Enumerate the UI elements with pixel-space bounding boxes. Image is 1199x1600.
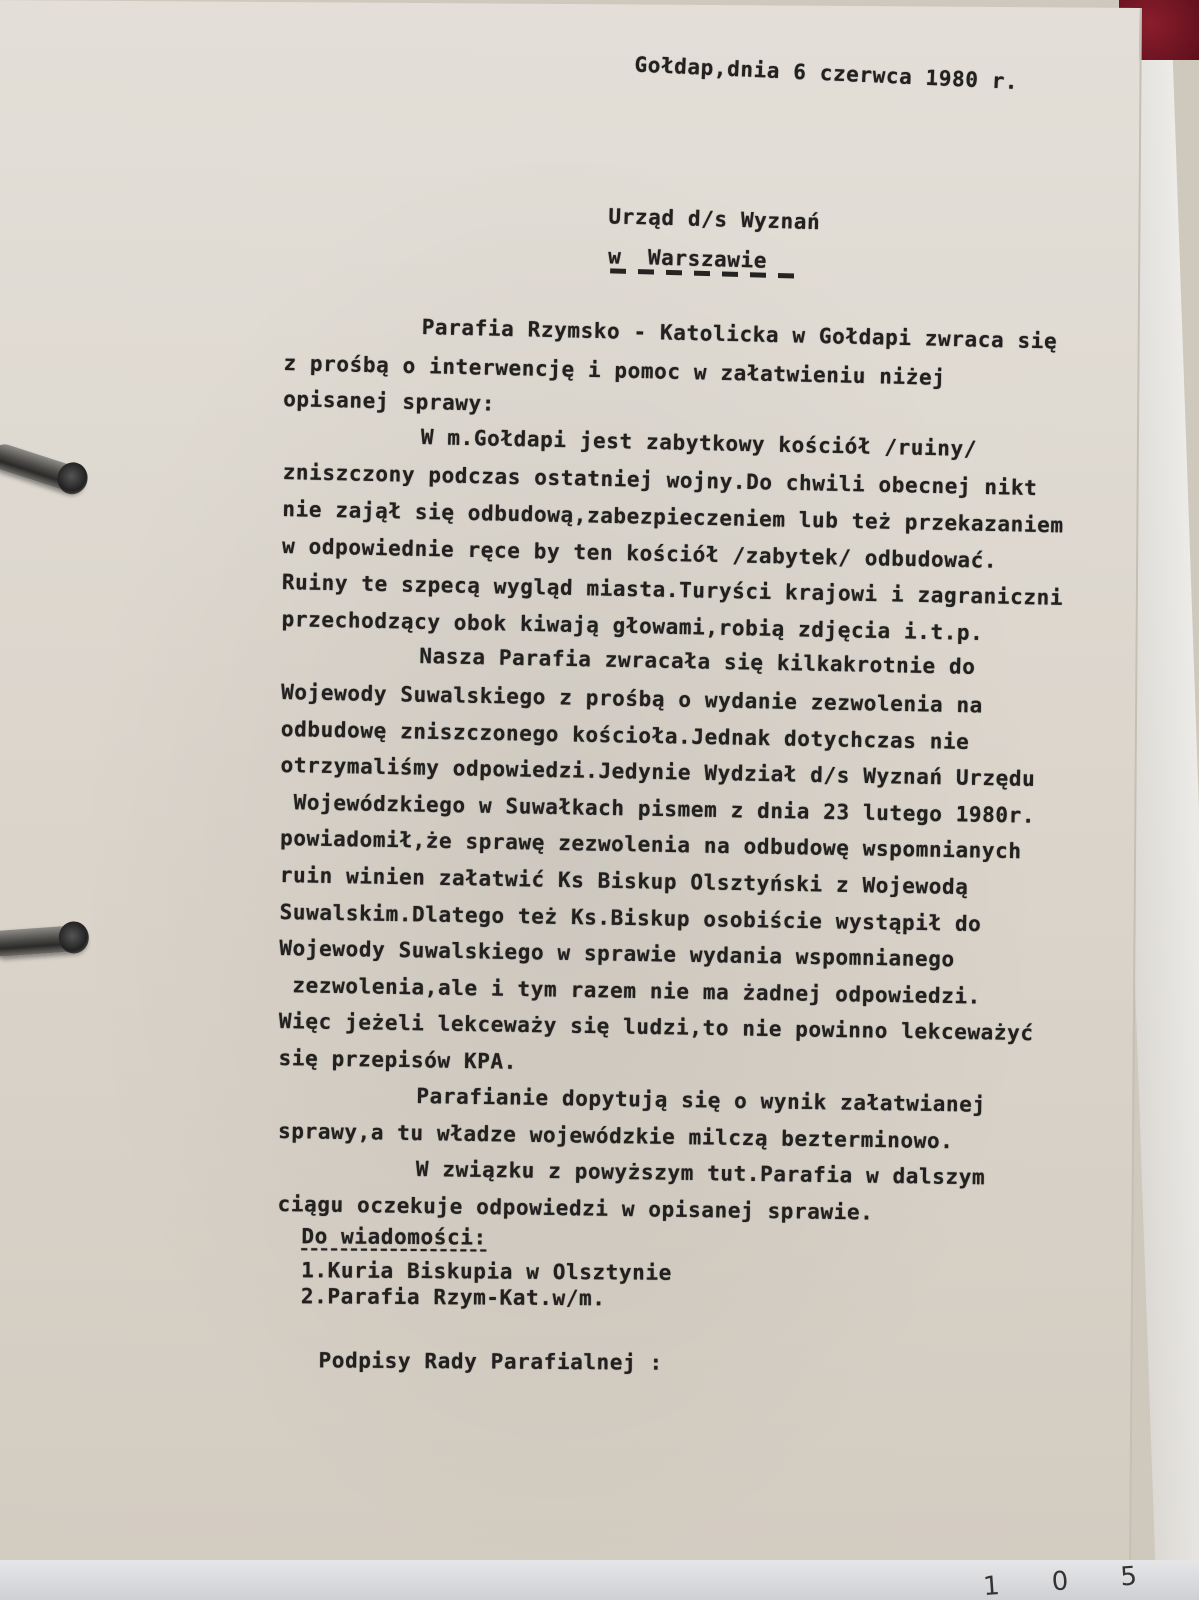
typed-letter-sheet: Gołdap,dnia 6 czerwca 1980 r. Urząd d/s … [0, 0, 1142, 1570]
cc-item-1: 1.Kuria Biskupia w Olsztynie [301, 1258, 672, 1285]
cc-heading: Do wiadomości: [301, 1224, 487, 1249]
next-page-edge: 1 0 5 [0, 1560, 1199, 1600]
pencil-page-number: 1 0 5 [982, 1560, 1160, 1600]
document-photo: Gołdap,dnia 6 czerwca 1980 r. Urząd d/s … [0, 0, 1199, 1600]
cc-item-2: 2.Parafia Rzym-Kat.w/m. [301, 1284, 606, 1310]
closing-block: Do wiadomości: 1.Kuria Biskupia w Olszty… [276, 2, 1199, 1408]
binder-ring-bottom [0, 925, 86, 958]
signature-label: Podpisy Rady Parafialnej : [318, 1348, 662, 1374]
